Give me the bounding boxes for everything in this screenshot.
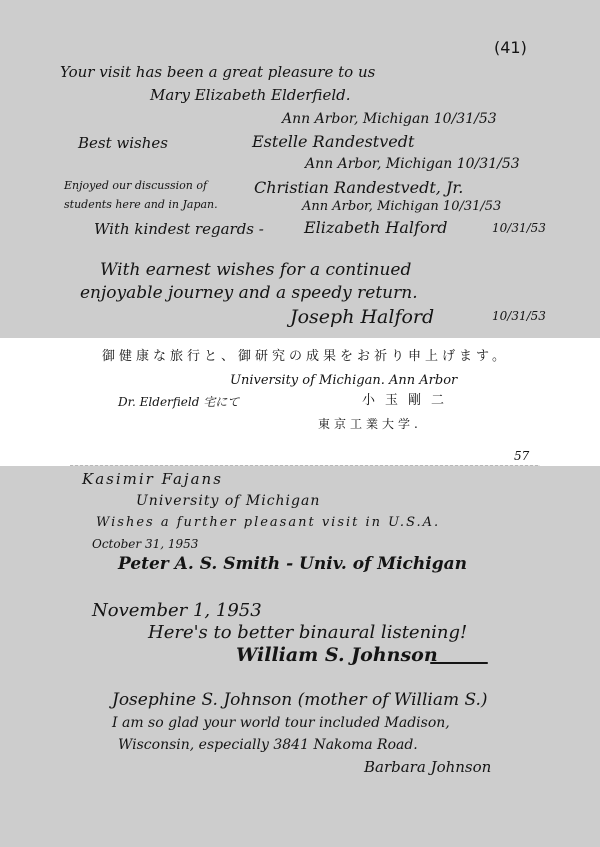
japanese-insert-affiliation: 東京工業大学. [318,418,422,430]
elizabeth-halford-signature: Elizabeth Halford [304,220,447,236]
fajans-message: Wishes a further pleasant visit in U.S.A… [96,516,440,529]
elderfield-place-date: Ann Arbor, Michigan 10/31/53 [282,112,497,126]
christian-signature: Christian Randestvedt, Jr. [254,180,463,196]
fajans-signature: Kasimir Fajans [82,472,223,487]
william-johnson-signature: William S. Johnson [236,646,438,665]
estelle-place-date: Ann Arbor, Michigan 10/31/53 [305,157,520,171]
japanese-insert-signature: 小玉剛二 [362,394,454,407]
joseph-halford-date: 10/31/53 [492,310,546,322]
christian-note-line1: Enjoyed our discussion of [64,180,207,191]
christian-note-line2: students here and in Japan. [64,199,218,210]
josephine-johnson-signature: Josephine S. Johnson (mother of William … [112,692,488,709]
japanese-insert-card: 御健康な旅行と、御研究の成果をお祈り申上げます。 University of M… [0,338,600,466]
page-number: (41) [494,40,527,56]
signature-flourish [430,662,488,664]
barbara-johnson-signature: Barbara Johnson [364,760,491,775]
japanese-insert-institution: University of Michigan. Ann Arbor [230,374,457,387]
japanese-insert-addressee: Dr. Elderfield 宅にて [118,396,239,408]
josephine-johnson-message-line1: I am so glad your world tour included Ma… [112,716,450,730]
upper-page-section: (41) Your visit has been a great pleasur… [0,0,600,338]
fajans-institution: University of Michigan [136,494,320,508]
christian-place-date: Ann Arbor, Michigan 10/31/53 [302,200,501,213]
estelle-signature: Estelle Randestvedt [252,134,414,150]
joseph-halford-signature: Joseph Halford [290,308,434,327]
joseph-halford-message-line1: With earnest wishes for a continued [100,262,411,279]
william-johnson-message: Here's to better binaural listening! [148,624,467,642]
folio-number: 57 [514,450,529,462]
japanese-message: 御健康な旅行と、御研究の成果をお祈り申上げます。 [102,350,509,363]
william-johnson-date: November 1, 1953 [92,602,262,620]
fajans-date: October 31, 1953 [92,538,198,550]
elizabeth-halford-date: 10/31/53 [492,222,546,234]
joseph-halford-message-line2: enjoyable journey and a speedy return. [80,285,418,302]
smith-signature: Peter A. S. Smith - Univ. of Michigan [118,556,467,573]
estelle-greeting: Best wishes [78,136,168,151]
elderfield-message: Your visit has been a great pleasure to … [60,65,375,80]
guestbook-page: (41) Your visit has been a great pleasur… [0,0,600,847]
elizabeth-halford-greeting: With kindest regards - [94,222,264,237]
elderfield-signature: Mary Elizabeth Elderfield. [150,88,351,103]
josephine-johnson-message-line2: Wisconsin, especially 3841 Nakoma Road. [118,738,418,752]
lower-page-section: Kasimir Fajans University of Michigan Wi… [0,466,600,847]
